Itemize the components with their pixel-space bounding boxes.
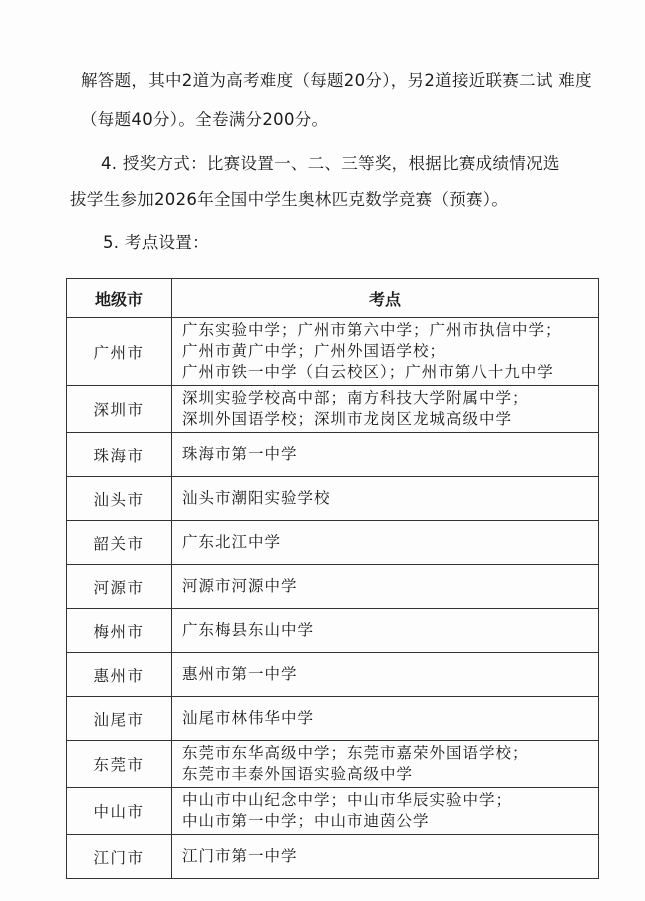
site-line: 深圳实验学校高中部；南方科技大学附属中学； <box>182 388 598 409</box>
table-row: 韶关市广东北江中学 <box>67 521 599 565</box>
sites-cell: 汕头市潮阳实验学校 <box>172 477 599 521</box>
sites-cell: 惠州市第一中学 <box>172 653 599 697</box>
paragraph-awards-continued: 拔学生参加2026年全国中学生奥林匹克数学竞赛（预赛）。 <box>70 186 508 210</box>
site-line: 汕尾市林伟华中学 <box>182 708 598 729</box>
city-cell: 广州市 <box>67 318 172 386</box>
site-line: 江门市第一中学 <box>182 846 598 867</box>
city-cell: 汕尾市 <box>67 697 172 741</box>
city-cell: 深圳市 <box>67 386 172 433</box>
site-line: 珠海市第一中学 <box>182 444 598 465</box>
site-line: 河源市河源中学 <box>182 576 598 597</box>
sites-cell: 汕尾市林伟华中学 <box>172 697 599 741</box>
site-line: 汕头市潮阳实验学校 <box>182 488 598 509</box>
sites-cell: 广东北江中学 <box>172 521 599 565</box>
table-row: 珠海市珠海市第一中学 <box>67 433 599 477</box>
city-cell: 中山市 <box>67 788 172 835</box>
table-row: 梅州市广东梅县东山中学 <box>67 609 599 653</box>
site-line: 广东北江中学 <box>182 532 598 553</box>
table-row: 东莞市东莞市东华高级中学；东莞市嘉荣外国语学校；东莞市丰泰外国语实验高级中学 <box>67 741 599 788</box>
paragraph-awards: 4. 授奖方式：比赛设置一、二、三等奖，根据比赛成绩情况选 <box>101 150 560 174</box>
city-cell: 珠海市 <box>67 433 172 477</box>
table-row: 广州市广东实验中学；广州市第六中学；广州市执信中学；广州市黄广中学；广州外国语学… <box>67 318 599 386</box>
sites-cell: 中山市中山纪念中学；中山市华辰实验中学；中山市第一中学；中山市迪茵公学 <box>172 788 599 835</box>
city-cell: 江门市 <box>67 835 172 879</box>
table-row: 汕尾市汕尾市林伟华中学 <box>67 697 599 741</box>
section-heading-exam-sites: 5. 考点设置： <box>103 229 209 253</box>
header-sites: 考点 <box>172 279 599 318</box>
table-row: 汕头市汕头市潮阳实验学校 <box>67 477 599 521</box>
city-cell: 惠州市 <box>67 653 172 697</box>
sites-cell: 广东梅县东山中学 <box>172 609 599 653</box>
sites-cell: 深圳实验学校高中部；南方科技大学附属中学；深圳外国语学校；深圳市龙岗区龙城高级中… <box>172 386 599 433</box>
paragraph-answer-questions: 解答题，其中2道为高考难度（每题20分），另2道接近联赛二试 难度 <box>81 67 592 91</box>
city-cell: 韶关市 <box>67 521 172 565</box>
site-line: 广东梅县东山中学 <box>182 620 598 641</box>
city-cell: 汕头市 <box>67 477 172 521</box>
table-row: 江门市江门市第一中学 <box>67 835 599 879</box>
paragraph-full-score: （每题40分）。全卷满分200分。 <box>81 106 328 130</box>
sites-cell: 珠海市第一中学 <box>172 433 599 477</box>
site-line: 中山市中山纪念中学；中山市华辰实验中学； <box>182 790 598 811</box>
city-cell: 东莞市 <box>67 741 172 788</box>
city-cell: 河源市 <box>67 565 172 609</box>
site-line: 广州市铁一中学（白云校区）；广州市第八十九中学 <box>182 362 598 383</box>
site-line: 广州市黄广中学；广州外国语学校； <box>182 341 598 362</box>
table-row: 河源市河源市河源中学 <box>67 565 599 609</box>
exam-sites-table: 地级市 考点 广州市广东实验中学；广州市第六中学；广州市执信中学；广州市黄广中学… <box>66 278 599 879</box>
site-line: 深圳外国语学校；深圳市龙岗区龙城高级中学 <box>182 409 598 430</box>
city-cell: 梅州市 <box>67 609 172 653</box>
table-header-row: 地级市 考点 <box>67 279 599 318</box>
sites-cell: 广东实验中学；广州市第六中学；广州市执信中学；广州市黄广中学；广州外国语学校；广… <box>172 318 599 386</box>
table-row: 惠州市惠州市第一中学 <box>67 653 599 697</box>
table-row: 中山市中山市中山纪念中学；中山市华辰实验中学；中山市第一中学；中山市迪茵公学 <box>67 788 599 835</box>
site-line: 东莞市东华高级中学；东莞市嘉荣外国语学校； <box>182 743 598 764</box>
table-row: 深圳市深圳实验学校高中部；南方科技大学附属中学；深圳外国语学校；深圳市龙岗区龙城… <box>67 386 599 433</box>
site-line: 中山市第一中学；中山市迪茵公学 <box>182 811 598 832</box>
site-line: 广东实验中学；广州市第六中学；广州市执信中学； <box>182 320 598 341</box>
sites-cell: 东莞市东华高级中学；东莞市嘉荣外国语学校；东莞市丰泰外国语实验高级中学 <box>172 741 599 788</box>
header-city: 地级市 <box>67 279 172 318</box>
sites-cell: 河源市河源中学 <box>172 565 599 609</box>
site-line: 惠州市第一中学 <box>182 664 598 685</box>
site-line: 东莞市丰泰外国语实验高级中学 <box>182 764 598 785</box>
sites-cell: 江门市第一中学 <box>172 835 599 879</box>
